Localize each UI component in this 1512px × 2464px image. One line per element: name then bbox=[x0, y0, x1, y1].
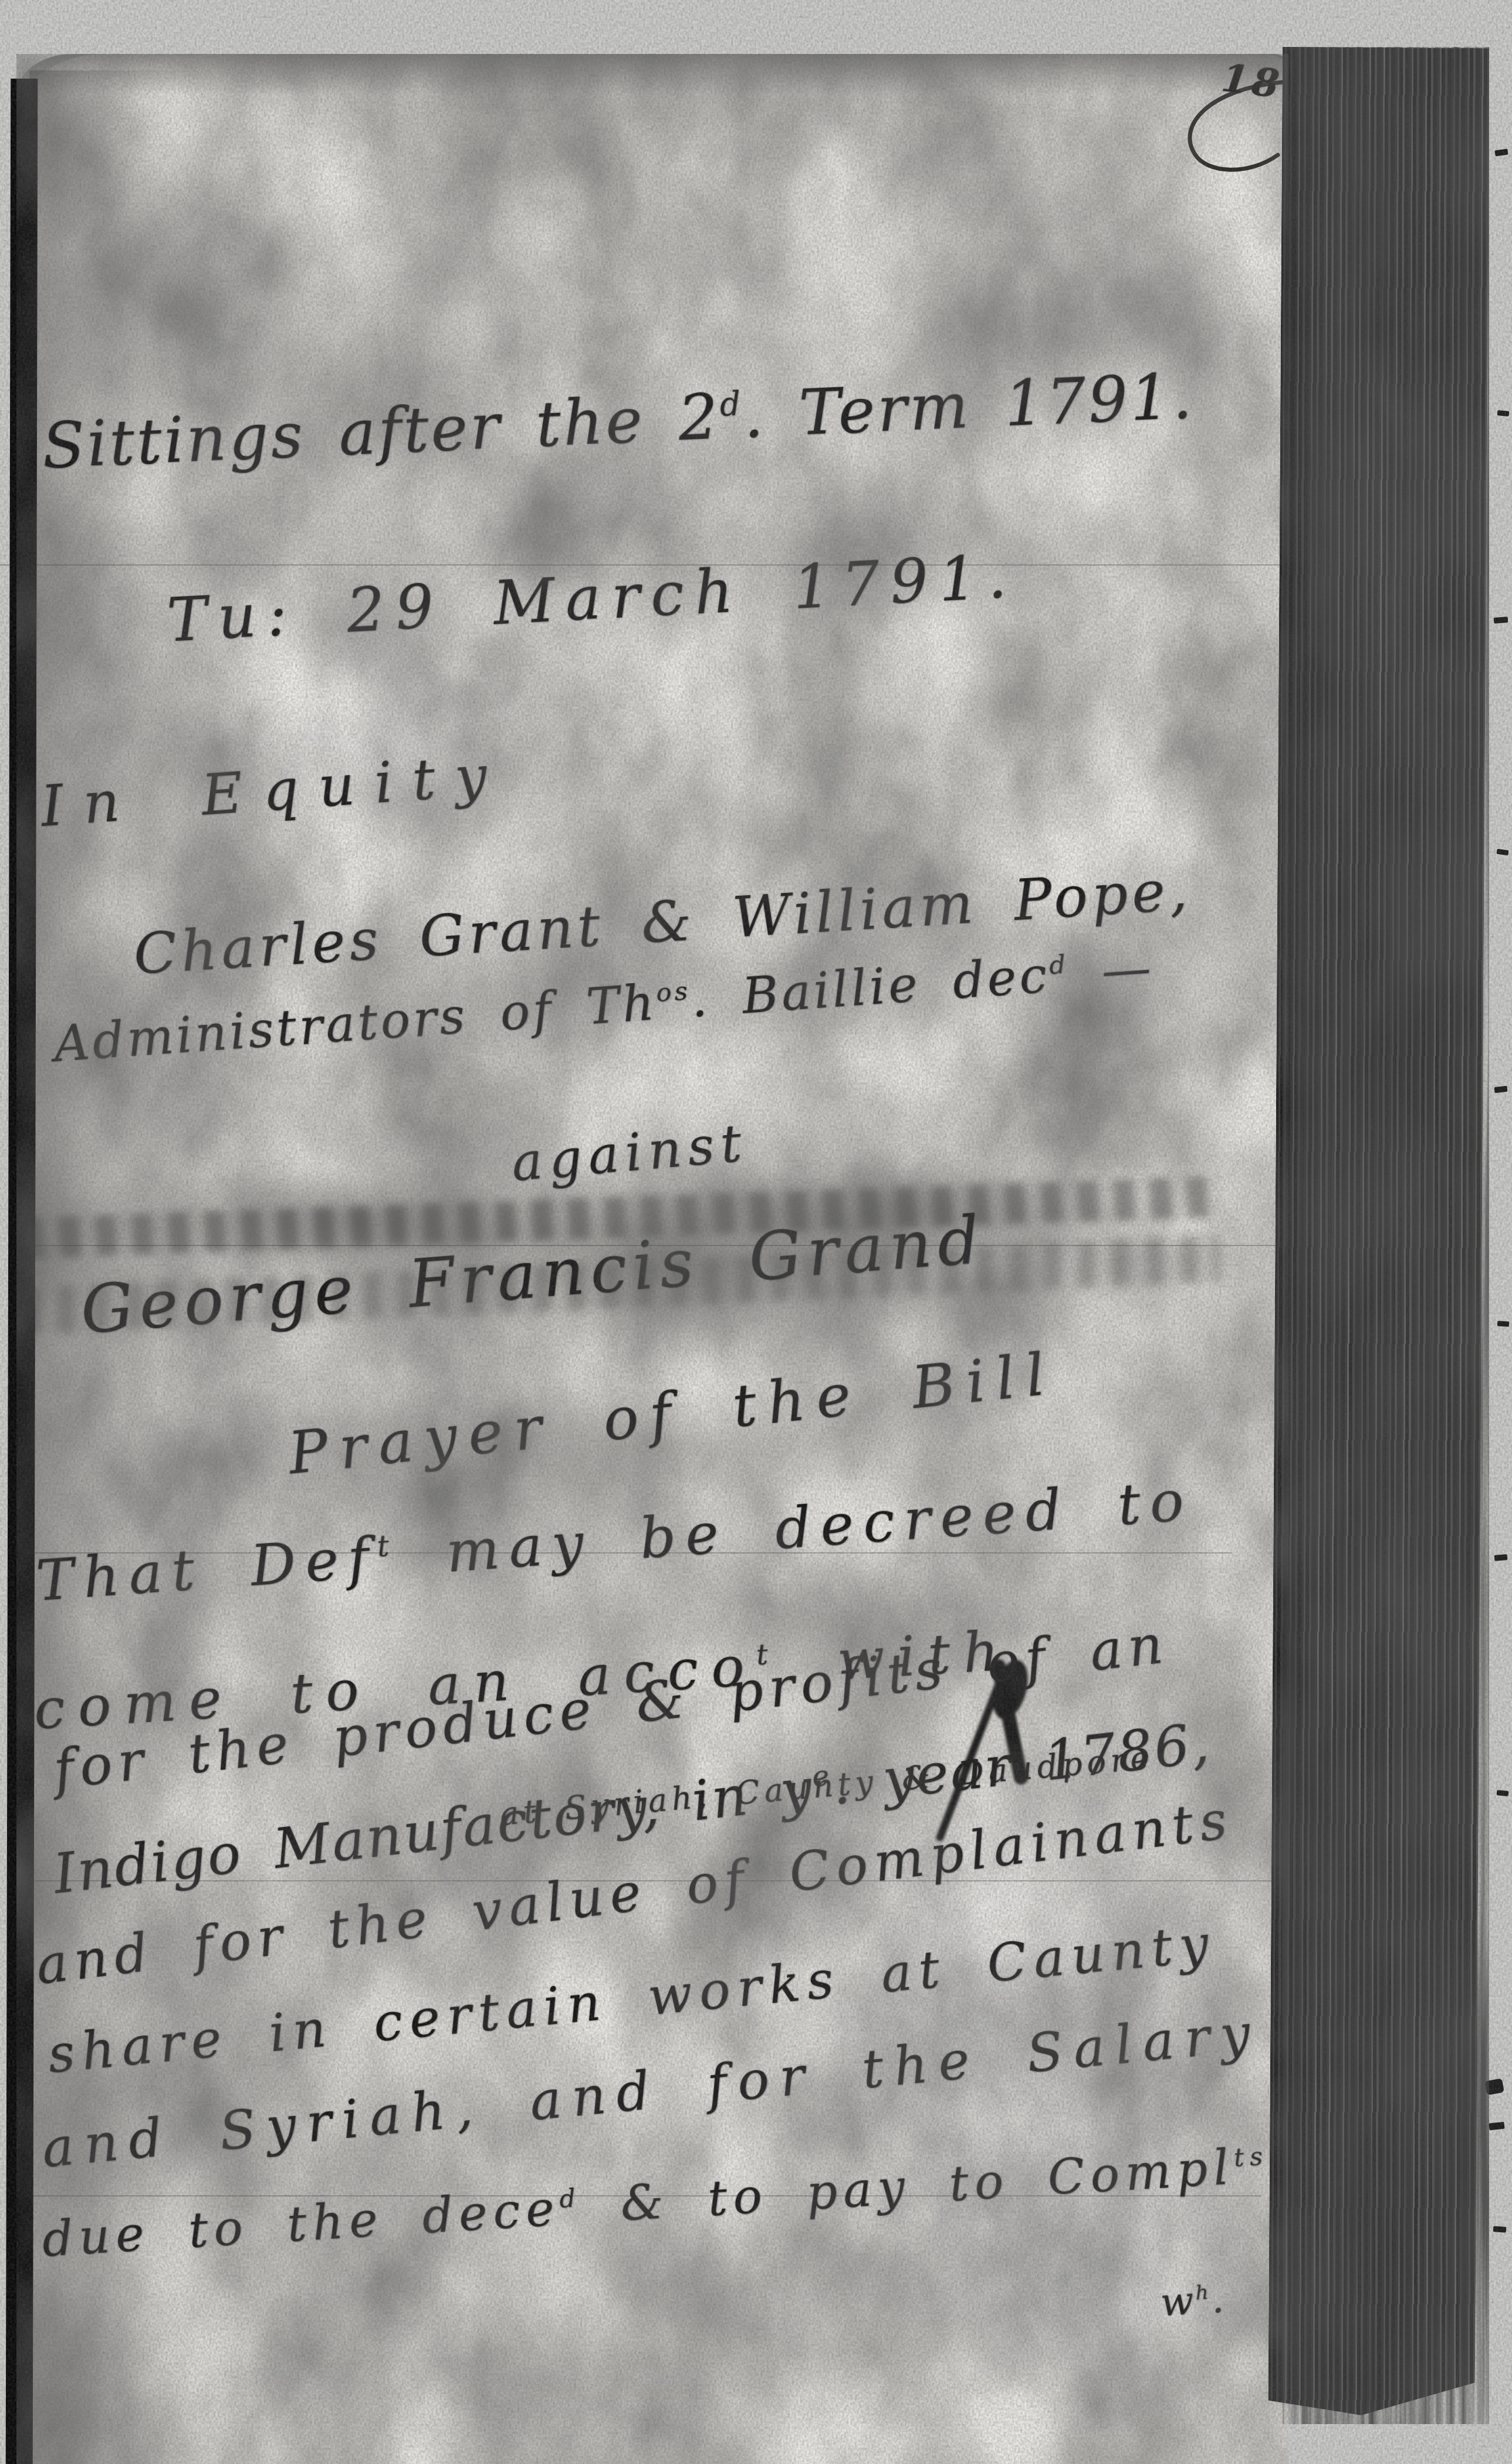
manuscript-scan: 187 Sittings after the 2d. Term 1791. Tu… bbox=[0, 0, 1512, 2464]
superscript: d bbox=[719, 385, 743, 424]
edge-mark bbox=[1493, 2226, 1507, 2233]
superscript: ts bbox=[1233, 2141, 1269, 2173]
catchword: wh. bbox=[1159, 2276, 1227, 2325]
superscript: t bbox=[376, 1528, 400, 1563]
superscript: os bbox=[655, 976, 691, 1008]
text-segment: — bbox=[1067, 939, 1155, 1002]
binding-strip bbox=[6, 79, 38, 2464]
edge-mark bbox=[1489, 2122, 1504, 2131]
superscript: d bbox=[559, 2183, 582, 2213]
edge-mark bbox=[1496, 849, 1508, 856]
text-segment: . bbox=[1210, 2276, 1227, 2322]
edge-mark bbox=[1494, 617, 1508, 624]
book-fore-edge bbox=[1268, 47, 1489, 2425]
edge-mark bbox=[1497, 410, 1510, 417]
edge-mark bbox=[1494, 149, 1508, 157]
text-segment: w bbox=[1159, 2278, 1198, 2326]
edge-mark bbox=[1494, 1086, 1508, 1093]
superscript: d bbox=[1048, 949, 1069, 980]
edge-mark bbox=[1494, 1554, 1508, 1561]
edge-mark bbox=[1484, 2079, 1504, 2096]
superscript: h bbox=[1195, 2280, 1212, 2305]
edge-mark bbox=[1497, 1321, 1510, 1326]
edge-mark bbox=[1497, 1790, 1509, 1796]
